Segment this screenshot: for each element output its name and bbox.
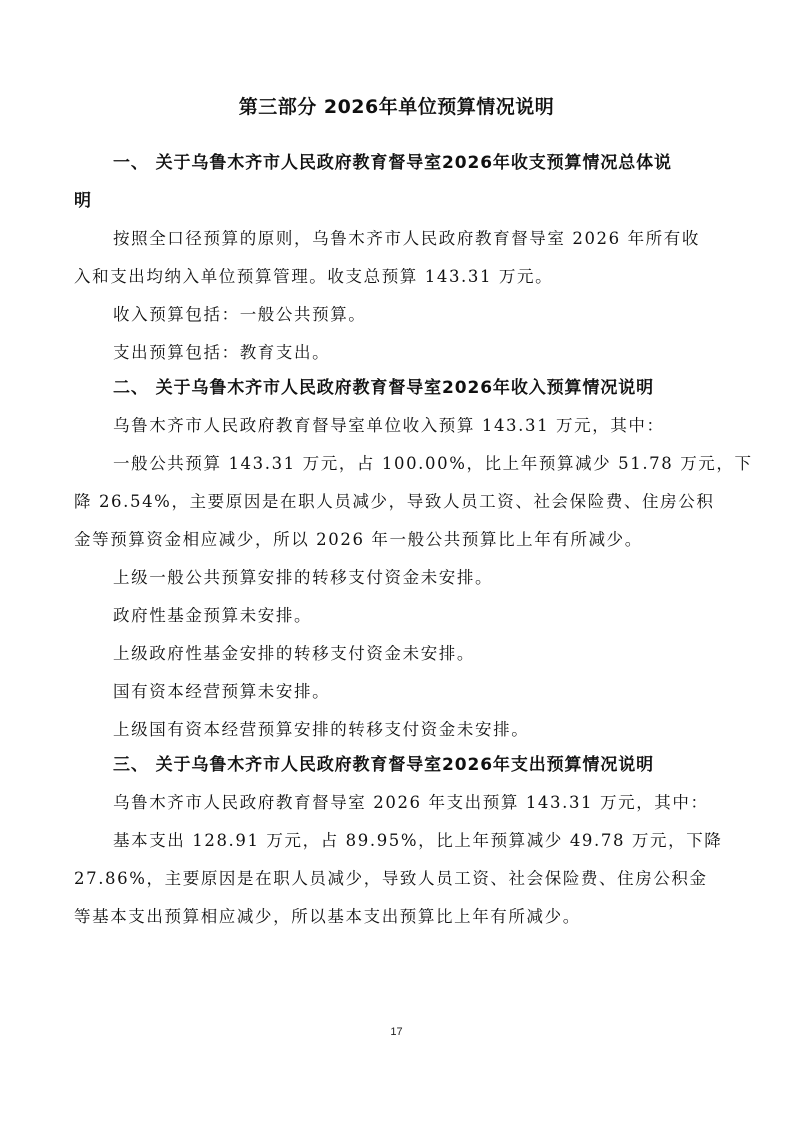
paragraph: 收入预算包括：一般公共预算。 <box>113 304 763 326</box>
section-3-heading: 三、 关于乌鲁木齐市人民政府教育督导室2026年支出预算情况说明 <box>113 754 763 776</box>
paragraph: 乌鲁木齐市人民政府教育督导室 2026 年支出预算 143.31 万元，其中： <box>113 792 763 814</box>
paragraph: 国有资本经营预算未安排。 <box>113 681 763 703</box>
paragraph: 乌鲁木齐市人民政府教育督导室单位收入预算 143.31 万元，其中： <box>113 415 763 437</box>
section-1-heading: 一、 关于乌鲁木齐市人民政府教育督导室2026年收支预算情况总体说 <box>113 152 763 174</box>
paragraph: 基本支出 128.91 万元，占 89.95%，比上年预算减少 49.78 万元… <box>113 830 763 852</box>
paragraph-cont: 入和支出均纳入单位预算管理。收支总预算 143.31 万元。 <box>74 266 724 288</box>
paragraph: 上级政府性基金安排的转移支付资金未安排。 <box>113 643 763 665</box>
document-page: 第三部分 2026年单位预算情况说明 一、 关于乌鲁木齐市人民政府教育督导室20… <box>0 0 793 1122</box>
paragraph-cont: 27.86%，主要原因是在职人员减少，导致人员工资、社会保险费、住房公积金 <box>74 868 724 890</box>
paragraph-cont: 等基本支出预算相应减少，所以基本支出预算比上年有所减少。 <box>74 906 724 928</box>
paragraph-cont: 金等预算资金相应减少，所以 2026 年一般公共预算比上年有所减少。 <box>74 529 724 551</box>
paragraph: 上级一般公共预算安排的转移支付资金未安排。 <box>113 567 763 589</box>
section-1-heading-cont: 明 <box>74 190 724 212</box>
paragraph-cont: 降 26.54%，主要原因是在职人员减少，导致人员工资、社会保险费、住房公积 <box>74 491 724 513</box>
paragraph: 一般公共预算 143.31 万元，占 100.00%，比上年预算减少 51.78… <box>113 453 763 475</box>
paragraph: 上级国有资本经营预算安排的转移支付资金未安排。 <box>113 719 763 741</box>
paragraph: 支出预算包括：教育支出。 <box>113 342 763 364</box>
page-number: 17 <box>0 1026 793 1038</box>
paragraph: 按照全口径预算的原则，乌鲁木齐市人民政府教育督导室 2026 年所有收 <box>113 228 763 250</box>
page-title: 第三部分 2026年单位预算情况说明 <box>0 92 793 119</box>
section-2-heading: 二、 关于乌鲁木齐市人民政府教育督导室2026年收入预算情况说明 <box>113 377 763 399</box>
paragraph: 政府性基金预算未安排。 <box>113 605 763 627</box>
